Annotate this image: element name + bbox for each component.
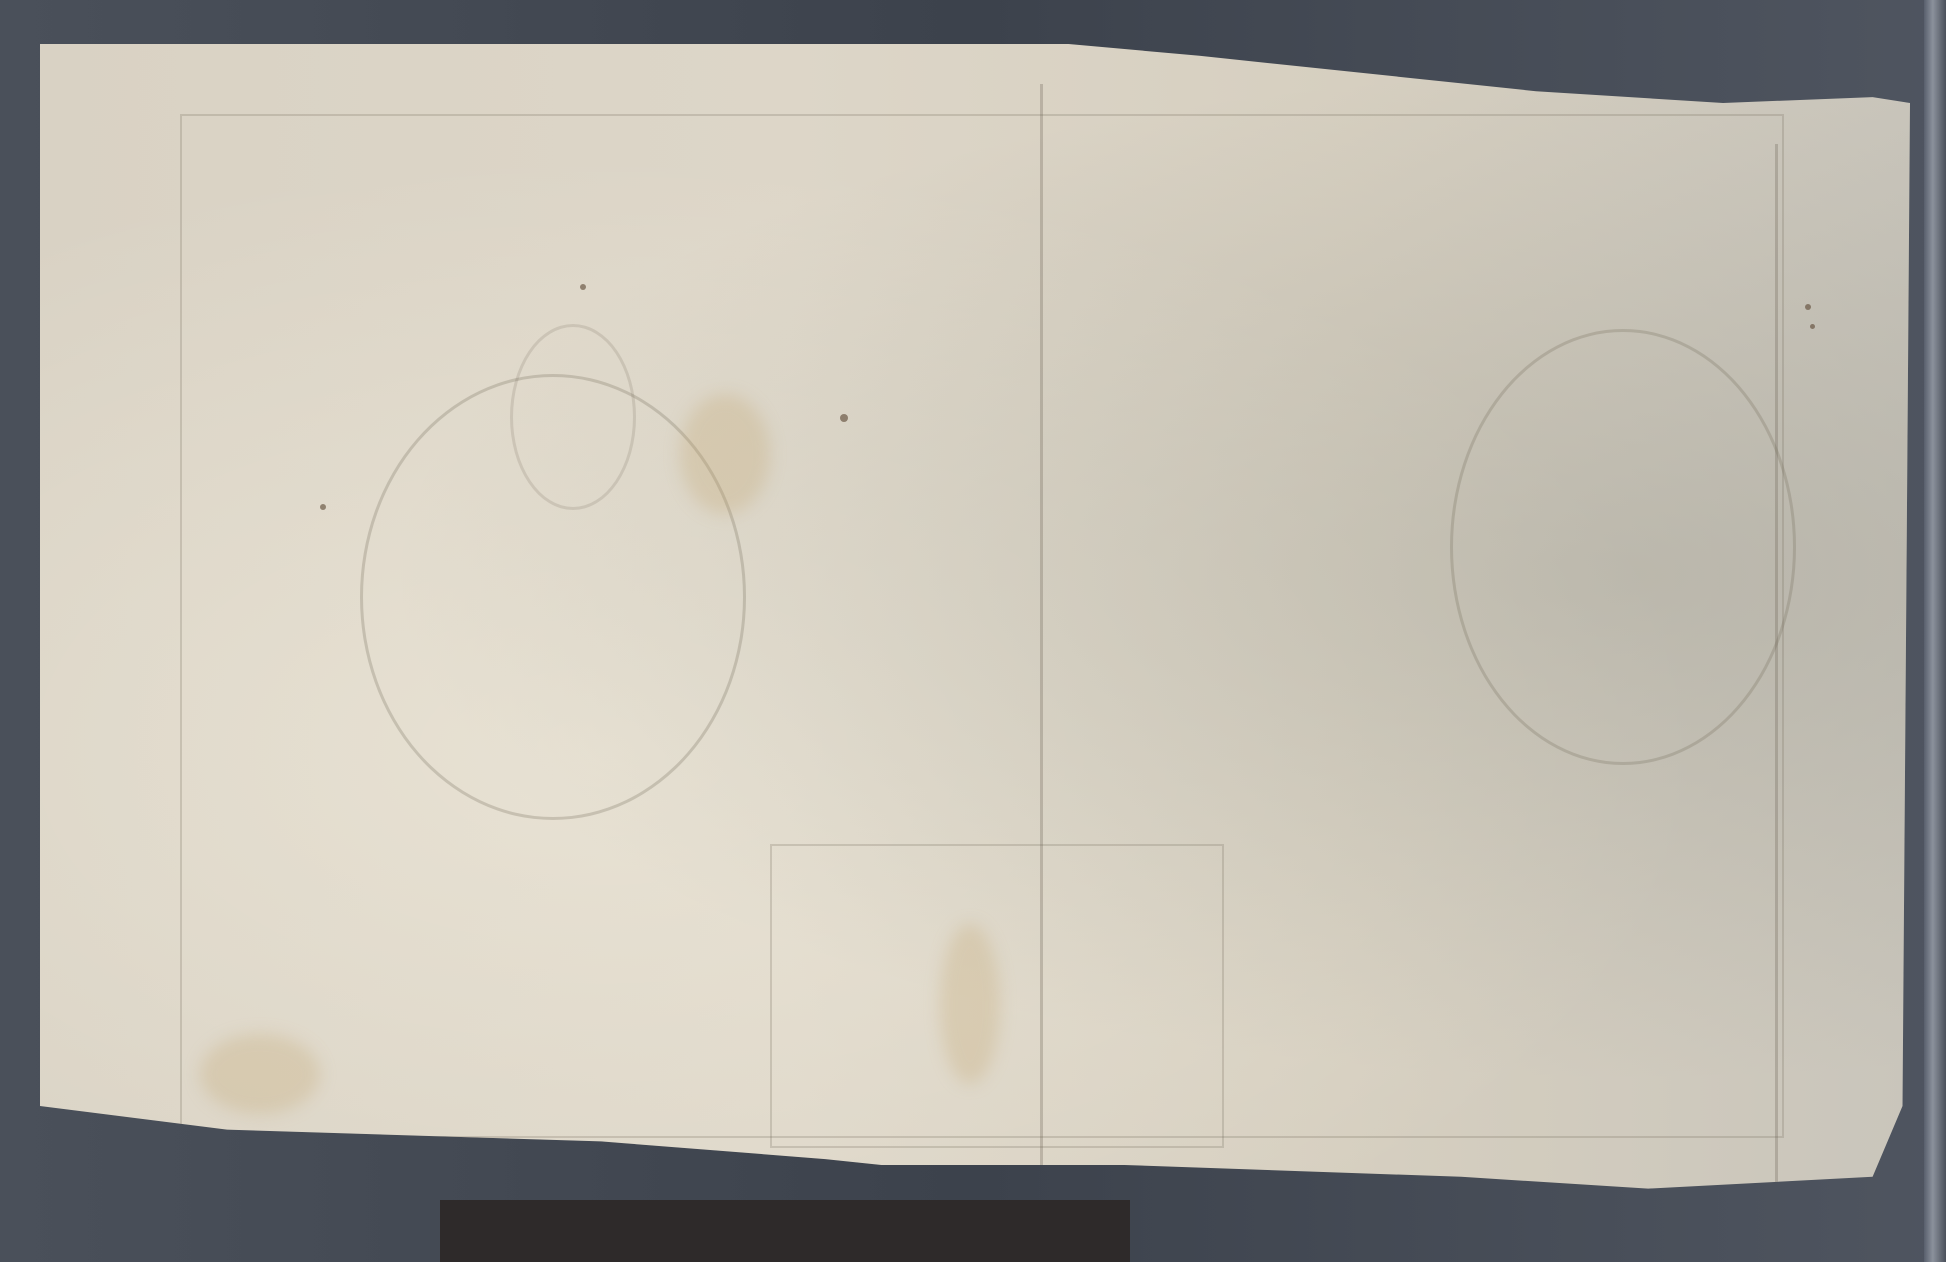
ink-spot: [320, 504, 326, 510]
banknote-paper: [40, 44, 1910, 1224]
right-fold-line: [1775, 144, 1778, 1194]
plastic-holder-edge: [1924, 0, 1946, 1262]
background-dark-band: [440, 1200, 1130, 1262]
center-fold-line: [1040, 84, 1043, 1184]
ink-spot: [1805, 304, 1811, 310]
left-medallion-inner: [510, 324, 636, 510]
stain: [680, 394, 770, 514]
stain: [940, 924, 1000, 1084]
stain: [200, 1034, 320, 1114]
right-medallion-oval: [1450, 329, 1796, 765]
ink-spot: [840, 414, 848, 422]
ink-spot: [1810, 324, 1815, 329]
photo-scene: Reverse side of an antique paper banknot…: [0, 0, 1946, 1262]
ink-spot: [580, 284, 586, 290]
